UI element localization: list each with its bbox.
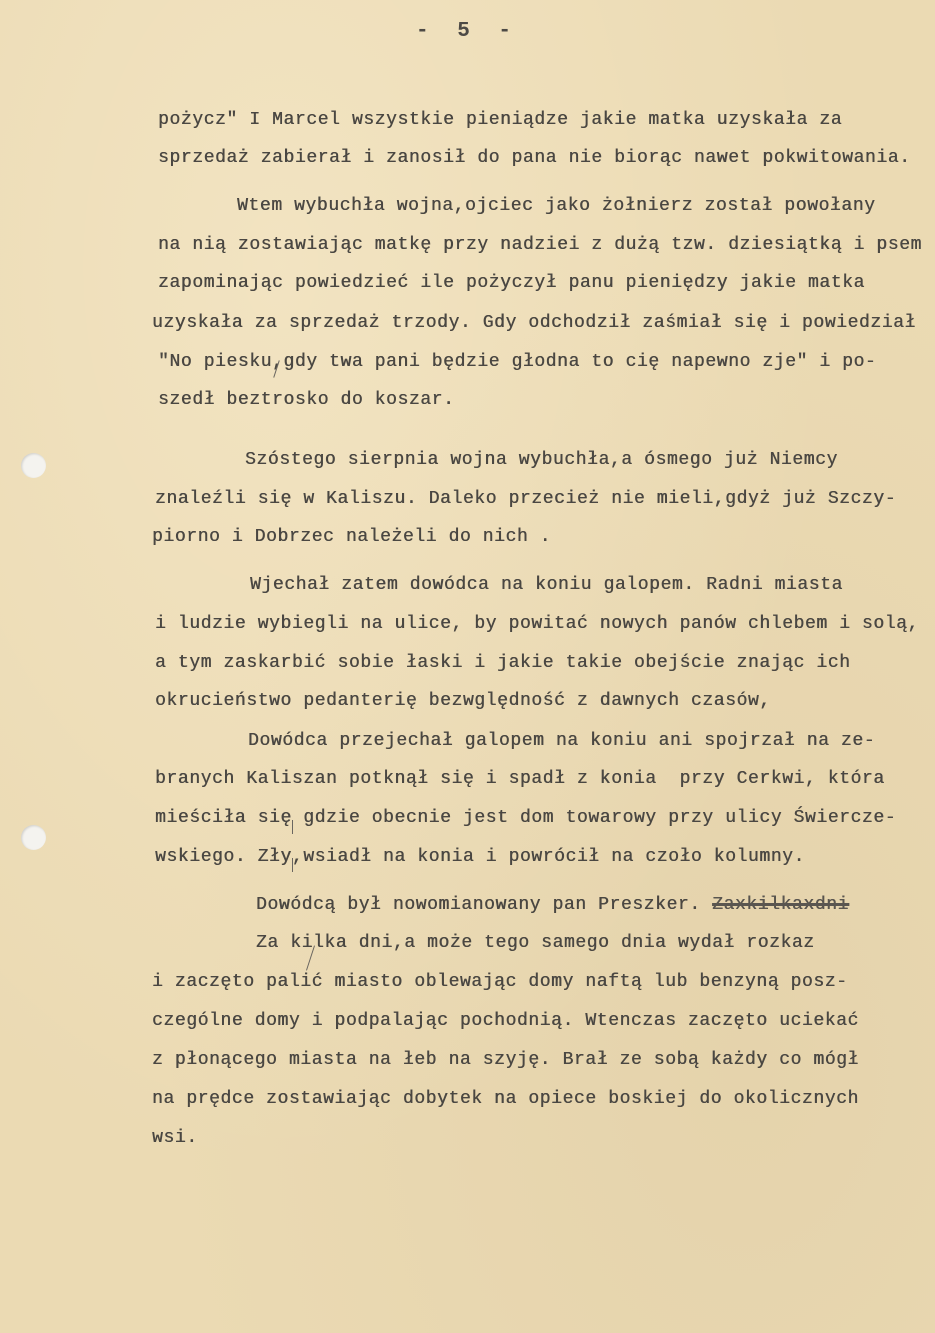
text-line: szedł beztrosko do koszar. (158, 390, 454, 410)
text-line: na nią zostawiając matkę przy nadziei z … (158, 235, 922, 255)
typewritten-page: - 5 - pożycz" I Marcel wszystkie pieniąd… (0, 0, 935, 1333)
text-line: Za kilka dni,a może tego samego dnia wyd… (256, 933, 815, 953)
punch-hole-bottom (21, 825, 46, 850)
text-line: znaleźli się w Kaliszu. Daleko przecież … (155, 489, 896, 509)
text-line: na prędce zostawiając dobytek na opiece … (152, 1089, 859, 1109)
text-line: branych Kaliszan potknął się i spadł z k… (155, 769, 885, 789)
struck-out-text: Zaxkilkaxdni (712, 895, 849, 915)
text-line: Szóstego sierpnia wojna wybuchła,a ósmeg… (245, 450, 838, 470)
text-line: piorno i Dobrzec należeli do nich . (152, 527, 551, 547)
text-line: z płonącego miasta na łeb na szyję. Brał… (152, 1050, 859, 1070)
text-line: okrucieństwo pedanterię bezwględność z d… (155, 691, 771, 711)
handwritten-comma-mark (292, 858, 293, 872)
text-line: Dowódca przejechał galopem na koniu ani … (248, 731, 875, 751)
text-line: zapominając powiedzieć ile pożyczył panu… (158, 273, 865, 293)
text-line: mieściła się gdzie obecnie jest dom towa… (155, 808, 896, 828)
text-line: pożycz" I Marcel wszystkie pieniądze jak… (158, 110, 842, 130)
handwritten-comma-mark (292, 820, 293, 834)
text-line: czególne domy i podpalając pochodnią. Wt… (152, 1011, 859, 1031)
page-number: - 5 - (0, 20, 935, 43)
punch-hole-top (21, 453, 46, 478)
text-line: i zaczęto palić miasto oblewając domy na… (152, 972, 848, 992)
text-line: "No piesku,gdy twa pani będzie głodna to… (158, 352, 876, 372)
text-line: wskiego. Zły,wsiadł na konia i powrócił … (155, 847, 805, 867)
text-segment: Dowódcą był nowomianowany pan Preszker. (256, 895, 712, 915)
text-line: a tym zaskarbić sobie łaski i jakie taki… (155, 653, 851, 673)
text-line: wsi. (152, 1128, 198, 1148)
text-line: Wtem wybuchła wojna,ojciec jako żołnierz… (237, 196, 876, 216)
text-line: sprzedaż zabierał i zanosił do pana nie … (158, 148, 911, 168)
text-line: uzyskała za sprzedaż trzody. Gdy odchodz… (152, 313, 916, 333)
text-line: i ludzie wybiegli na ulice, by powitać n… (155, 614, 919, 634)
text-line-with-strikeout: Dowódcą był nowomianowany pan Preszker. … (256, 895, 849, 915)
text-line: Wjechał zatem dowódca na koniu galopem. … (250, 575, 843, 595)
